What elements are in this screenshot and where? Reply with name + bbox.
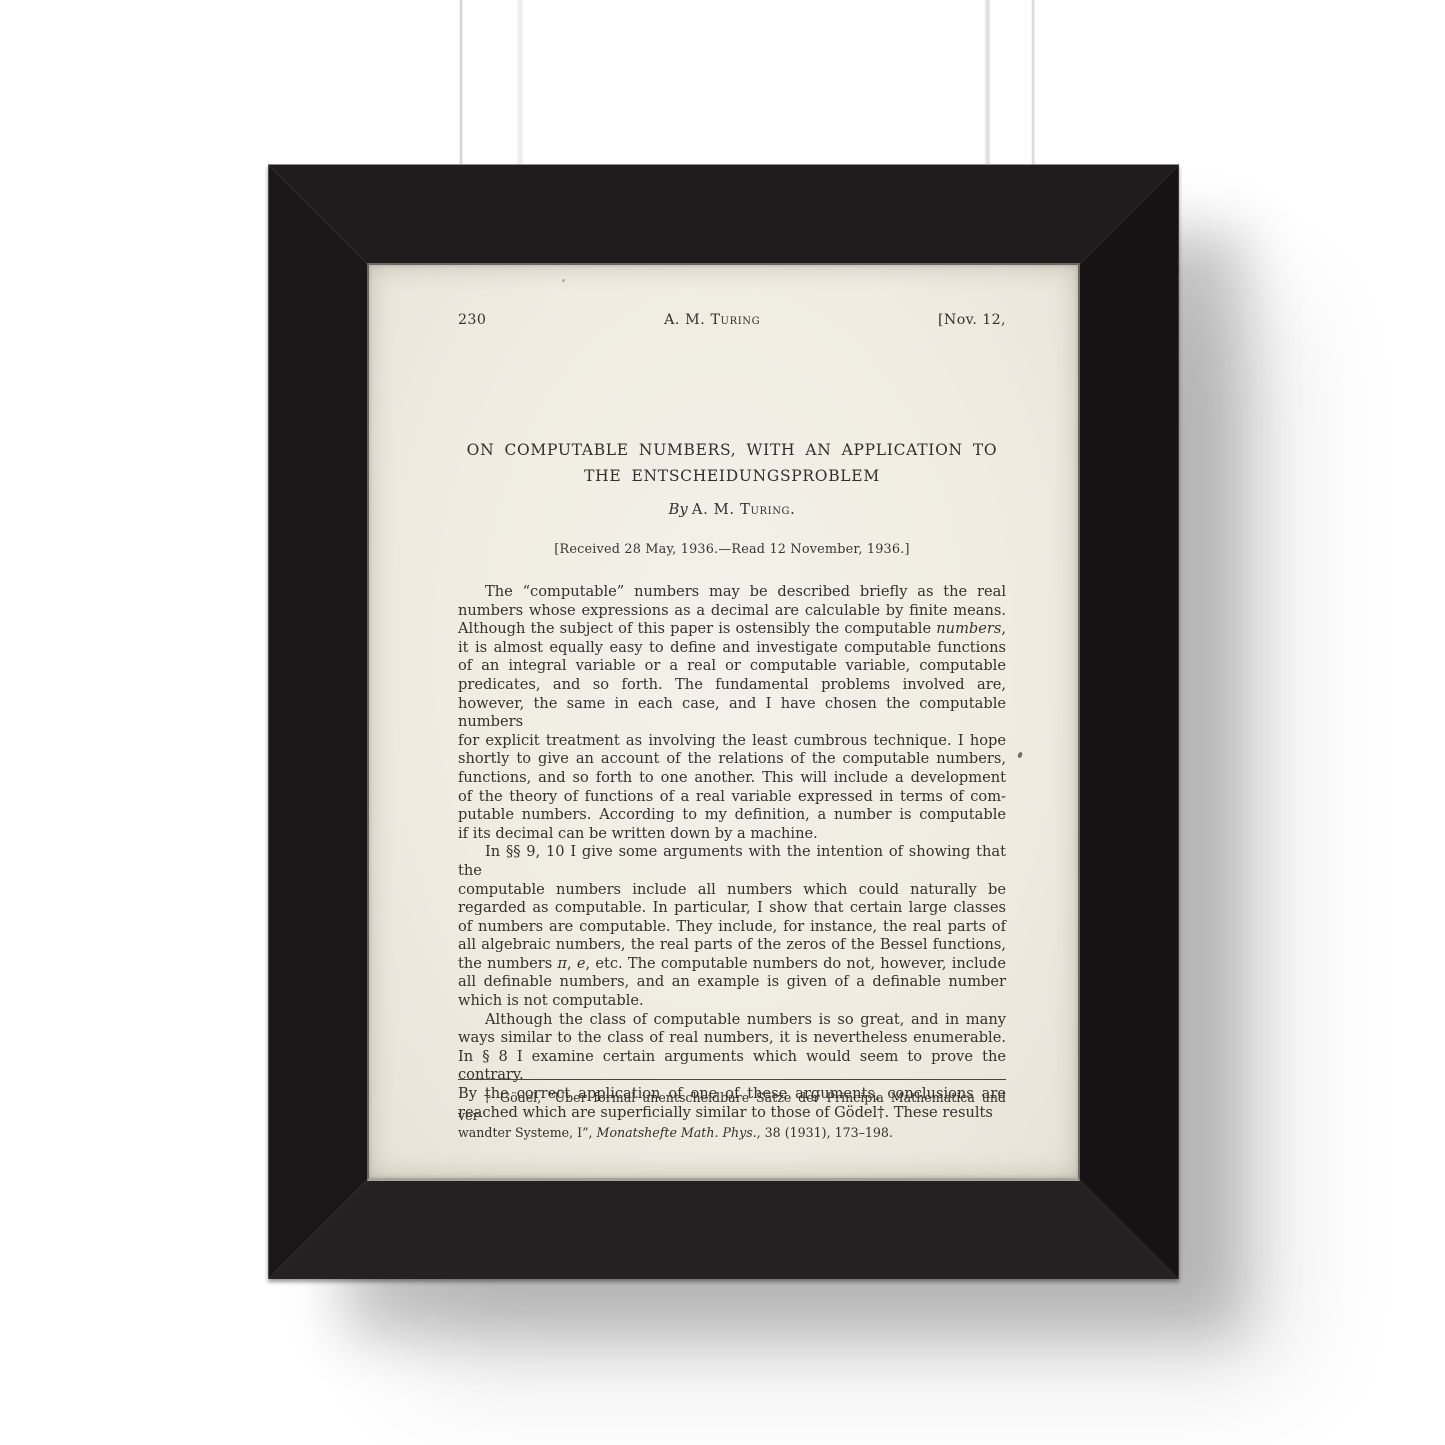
hanging-wire-right-shadow [1031,0,1035,170]
paper-speck [1017,752,1023,759]
page-number: 230 [458,312,486,328]
paper-title-line1: ON COMPUTABLE NUMBERS, WITH AN APPLICATI… [458,437,1006,463]
text-line: predicates, and so forth. The fundamenta… [458,676,1006,695]
text-line: all algebraic numbers, the real parts of… [458,936,1006,955]
text-line: of numbers are computable. They include,… [458,918,1006,937]
hanging-wire-right [984,0,991,164]
picture-frame: 230 A. M. Turing [Nov. 12, ON COMPUTABLE… [268,164,1179,1279]
text-line: of an integral variable or a real or com… [458,657,1006,676]
paper-title: ON COMPUTABLE NUMBERS, WITH AN APPLICATI… [458,437,1006,489]
paper-speck [562,279,565,282]
hanging-wire-left [459,0,463,170]
running-author: A. M. Turing [664,312,760,328]
footnote: † Gödel, “Über formal unentscheidbare Sä… [458,1089,1006,1142]
paper-body: The “computable” numbers may be describe… [458,583,1006,1122]
byline-prefix: By [669,501,688,518]
byline-author: A. M. Turing. [692,501,796,518]
text-line: numbers whose expressions as a decimal a… [458,602,1006,621]
poster-page: 230 A. M. Turing [Nov. 12, ON COMPUTABLE… [367,263,1080,1181]
text-line: putable numbers. According to my definit… [458,806,1006,825]
text-line: ways similar to the class of real number… [458,1029,1006,1048]
wall: { "poster": { "header": { "page_number":… [0,0,1445,1445]
text-line: The “computable” numbers may be describe… [458,583,1006,602]
byline: ByA. M. Turing. [458,501,1006,518]
text-line: for explicit treatment as involving the … [458,732,1006,751]
paragraph: In §§ 9, 10 I give some arguments with t… [458,843,1006,1010]
text-line: all definable numbers, and an example is… [458,973,1006,992]
paragraph: The “computable” numbers may be describe… [458,583,1006,843]
running-header: 230 A. M. Turing [Nov. 12, [458,312,1006,328]
text-line: the numbers π, e, etc. The computable nu… [458,955,1006,974]
text-line: wandter Systeme, I”, Monatshefte Math. P… [458,1124,1006,1142]
footnote-rule [458,1079,1006,1080]
text-line: regarded as computable. In particular, I… [458,899,1006,918]
text-line: functions, and so forth to one another. … [458,769,1006,788]
text-line: computable numbers include all numbers w… [458,881,1006,900]
paper-title-line2: THE ENTSCHEIDUNGSPROBLEM [458,463,1006,489]
date-marker: [Nov. 12, [938,312,1006,328]
text-line: which is not computable. [458,992,1006,1011]
received-line: [Received 28 May, 1936.—Read 12 November… [458,542,1006,557]
text-line: however, the same in each case, and I ha… [458,695,1006,732]
hanging-wire-left-shadow [516,0,524,164]
text-line: † Gödel, “Über formal unentscheidbare Sä… [458,1089,1006,1124]
text-line: Although the subject of this paper is os… [458,620,1006,639]
text-line: In §§ 9, 10 I give some arguments with t… [458,843,1006,880]
text-line: shortly to give an account of the relati… [458,750,1006,769]
text-line: Although the class of computable numbers… [458,1011,1006,1030]
text-line: if its decimal can be written down by a … [458,825,1006,844]
text-line: it is almost equally easy to define and … [458,639,1006,658]
text-line: of the theory of functions of a real var… [458,788,1006,807]
